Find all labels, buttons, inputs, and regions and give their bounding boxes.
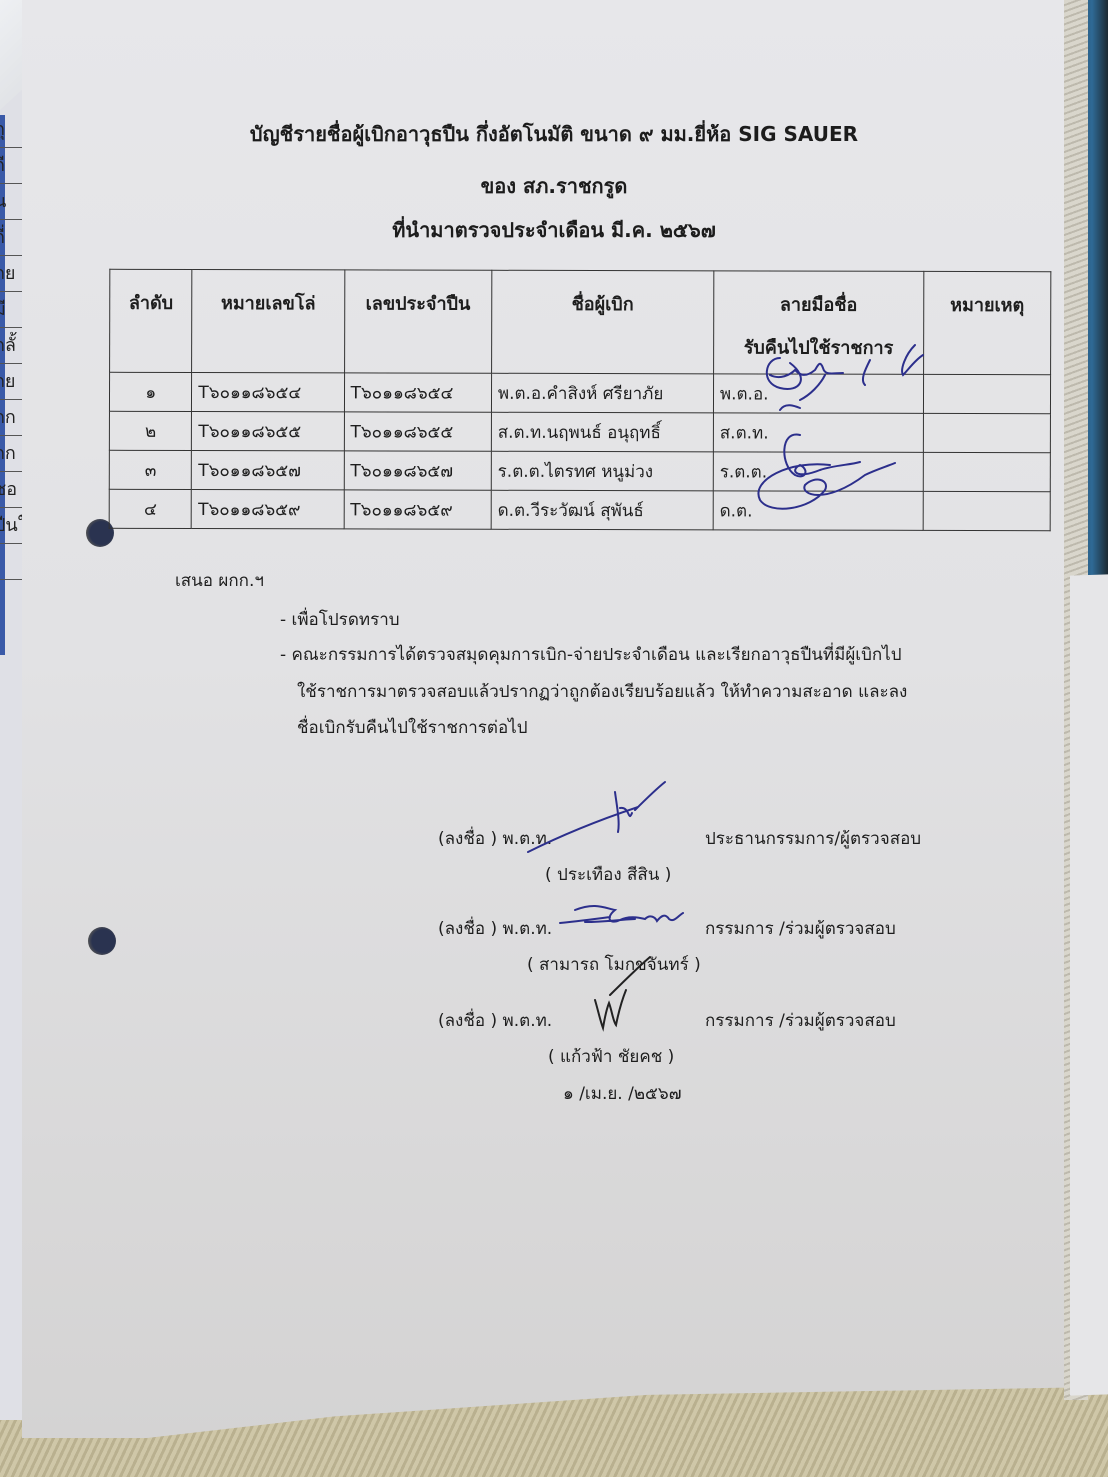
header-order: ลำดับ: [110, 269, 193, 372]
cell-shield-number: T๖๐๑๑๘๖๕๔: [192, 372, 344, 411]
header-signature-line1: ลายมือชื่อ: [720, 289, 917, 319]
signature-role: กรรมการ /ร่วมผู้ตรวจสอบ: [705, 915, 896, 942]
signature-prefix: (ลงชื่อ ) พ.ต.ท.: [438, 915, 552, 942]
cell-shield-number: T๖๐๑๑๘๖๕๙: [192, 489, 344, 528]
handwritten-signature-member-2: [585, 950, 665, 1040]
handwritten-signature-table: [740, 340, 940, 530]
cell-gun-serial: T๖๐๑๑๘๖๕๙: [344, 490, 491, 529]
cell-withdrawer-name: ส.ต.ท.นฤพนธ์ อนุฤทธิ์: [491, 412, 713, 452]
cell-remark: [923, 413, 1050, 452]
proposal-item-2-line-2: ใช้ราชการมาตรวจสอบแล้วปรากฏว่าถูกต้องเรี…: [297, 678, 907, 705]
signature-prefix: (ลงชื่อ ) พ.ต.ท.: [438, 1007, 552, 1034]
cell-withdrawer-name: พ.ต.อ.คำสิงห์ ศรียาภัย: [491, 373, 713, 413]
signature-printed-name: ( แก้วฟ้า ชัยคช ): [548, 1043, 674, 1070]
document-title: บัญชีรายชื่อผู้เบิกอาวุธปืน กึ่งอัตโนมัต…: [0, 118, 1108, 150]
cell-remark: [923, 452, 1050, 491]
header-gun-serial: เลขประจำปืน: [344, 270, 492, 373]
underlying-sheet-right-2: [1070, 574, 1108, 1395]
header-remark: หมายเหตุ: [923, 271, 1050, 374]
signature-role: กรรมการ /ร่วมผู้ตรวจสอบ: [705, 1007, 896, 1034]
cell-order: ๑: [109, 372, 192, 411]
cell-shield-number: T๖๐๑๑๘๖๕๕: [192, 411, 344, 450]
cell-remark: [923, 374, 1050, 413]
header-withdrawer-name: ชื่อผู้เบิก: [491, 270, 713, 374]
proposal-item-1: - เพื่อโปรดทราบ: [280, 606, 400, 633]
punch-hole-bottom: [88, 927, 116, 955]
header-shield-number: หมายเลขโล่: [192, 269, 344, 372]
document-subtitle-month: ที่นำมาตรวจประจำเดือน มี.ค. ๒๕๖๗: [0, 214, 1108, 246]
proposal-recipient: เสนอ ผกก.ฯ: [175, 567, 264, 594]
document-date: ๑ /เม.ย. /๒๕๖๗: [563, 1080, 682, 1107]
handwritten-signature-member-1: [555, 898, 695, 938]
signature-printed-name: ( ประเทือง สีสิน ): [545, 861, 671, 888]
cell-order: ๔: [109, 489, 192, 528]
proposal-item-2-line-3: ชื่อเบิกรับคืนไปใช้ราชการต่อไป: [297, 714, 528, 741]
cell-order: ๓: [109, 450, 192, 489]
signature-role: ประธานกรรมการ/ผู้ตรวจสอบ: [705, 825, 921, 852]
handwritten-signature-chairman: [520, 780, 670, 860]
cell-gun-serial: T๖๐๑๑๘๖๕๔: [344, 373, 491, 412]
proposal-item-2-line-1: - คณะกรรมการได้ตรวจสมุดคุมการเบิก-จ่ายปร…: [280, 641, 902, 668]
document-subtitle-station: ของ สภ.ราชกรูด: [0, 170, 1108, 202]
cell-order: ๒: [109, 411, 192, 450]
cell-gun-serial: T๖๐๑๑๘๖๕๗: [344, 451, 491, 490]
cell-withdrawer-name: ด.ต.วีระวัฒน์ สุพันธ์: [491, 490, 713, 530]
cell-shield-number: T๖๐๑๑๘๖๕๗: [192, 450, 344, 489]
cell-withdrawer-name: ร.ต.ต.ไตรทศ หนูม่วง: [491, 451, 713, 491]
cell-gun-serial: T๖๐๑๑๘๖๕๕: [344, 412, 491, 451]
cell-remark: [923, 491, 1050, 530]
